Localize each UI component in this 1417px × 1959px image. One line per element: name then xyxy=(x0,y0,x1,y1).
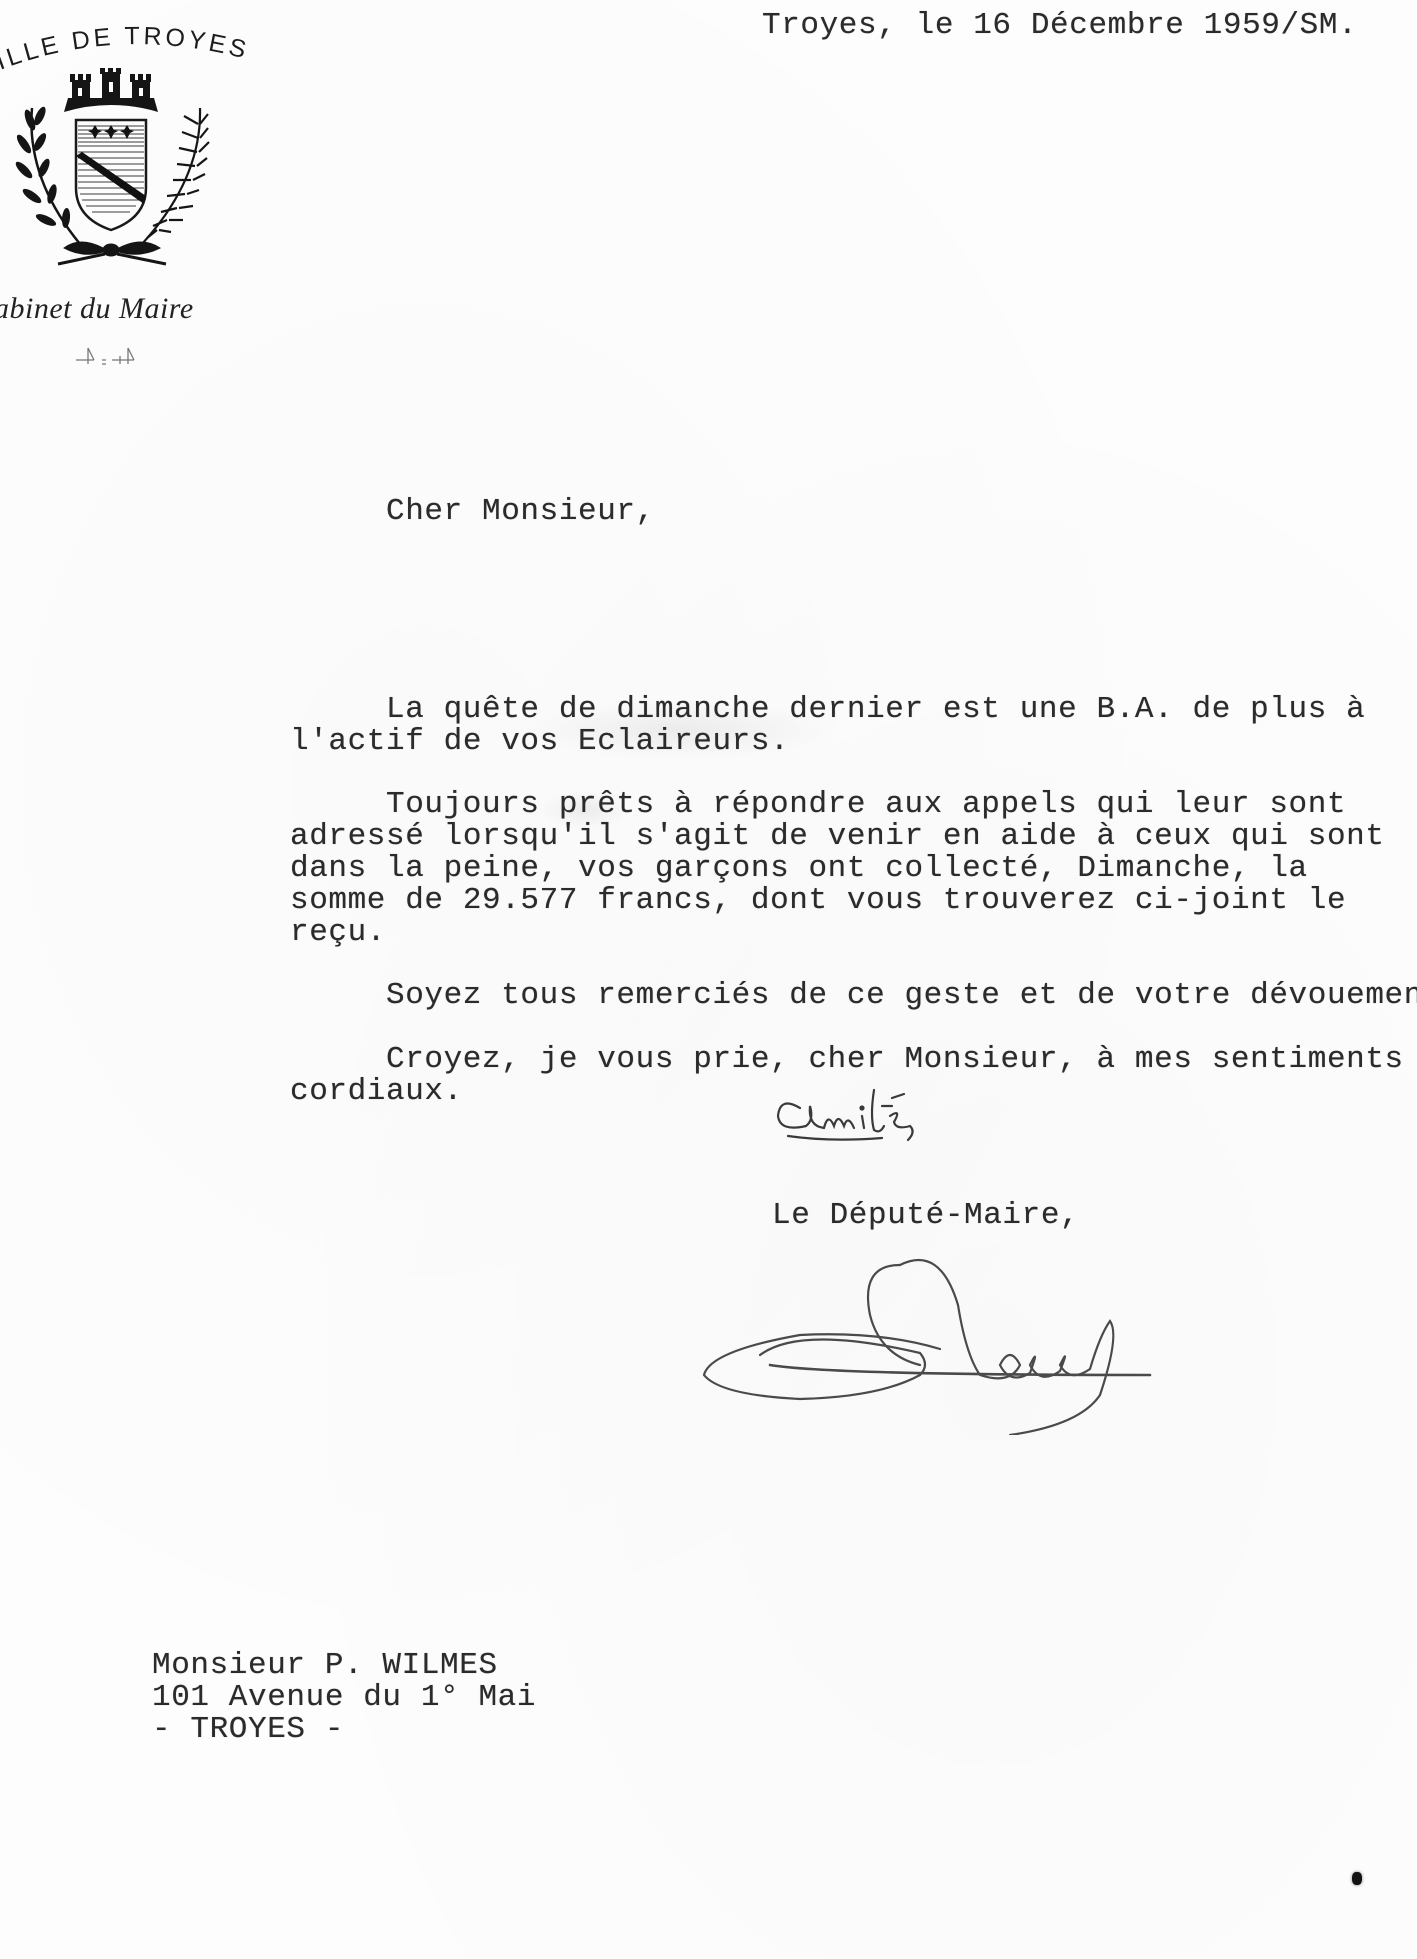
signature-icon xyxy=(680,1225,1180,1435)
recipient-street: 101 Avenue du 1° Mai xyxy=(152,1682,536,1714)
paragraph-line: cordiaux. xyxy=(290,1076,463,1108)
letterhead-office: abinet du Maire xyxy=(0,292,194,326)
paragraph-line: Croyez, je vous prie, cher Monsieur, à m… xyxy=(386,1044,1404,1076)
paragraph-line: dans la peine, vos garçons ont collecté,… xyxy=(290,853,1308,885)
recipient-name: Monsieur P. WILMES xyxy=(152,1650,498,1682)
letterhead: ILLE DE TROYES xyxy=(0,0,260,380)
ink-spot xyxy=(1352,1872,1362,1885)
paragraph-line: adressé lorsqu'il s'agit de venir en aid… xyxy=(290,821,1385,853)
ornament-flourish-icon xyxy=(72,344,142,368)
paragraph-line: Toujours prêts à répondre aux appels qui… xyxy=(386,789,1346,821)
letter-page: ILLE DE TROYES xyxy=(0,0,1417,1959)
coat-of-arms-icon xyxy=(10,68,210,288)
recipient-city: - TROYES - xyxy=(152,1714,344,1746)
salutation: Cher Monsieur, xyxy=(386,496,655,528)
date-line: Troyes, le 16 Décembre 1959/SM. xyxy=(762,10,1357,42)
paragraph-line: La quête de dimanche dernier est une B.A… xyxy=(386,694,1365,726)
paragraph-line: somme de 29.577 francs, dont vous trouve… xyxy=(290,885,1346,917)
handwritten-amities-icon xyxy=(770,1086,1010,1156)
paragraph-line: reçu. xyxy=(290,917,386,949)
paragraph-line: Soyez tous remerciés de ce geste et de v… xyxy=(386,980,1417,1012)
paragraph-line: l'actif de vos Eclaireurs. xyxy=(290,726,789,758)
